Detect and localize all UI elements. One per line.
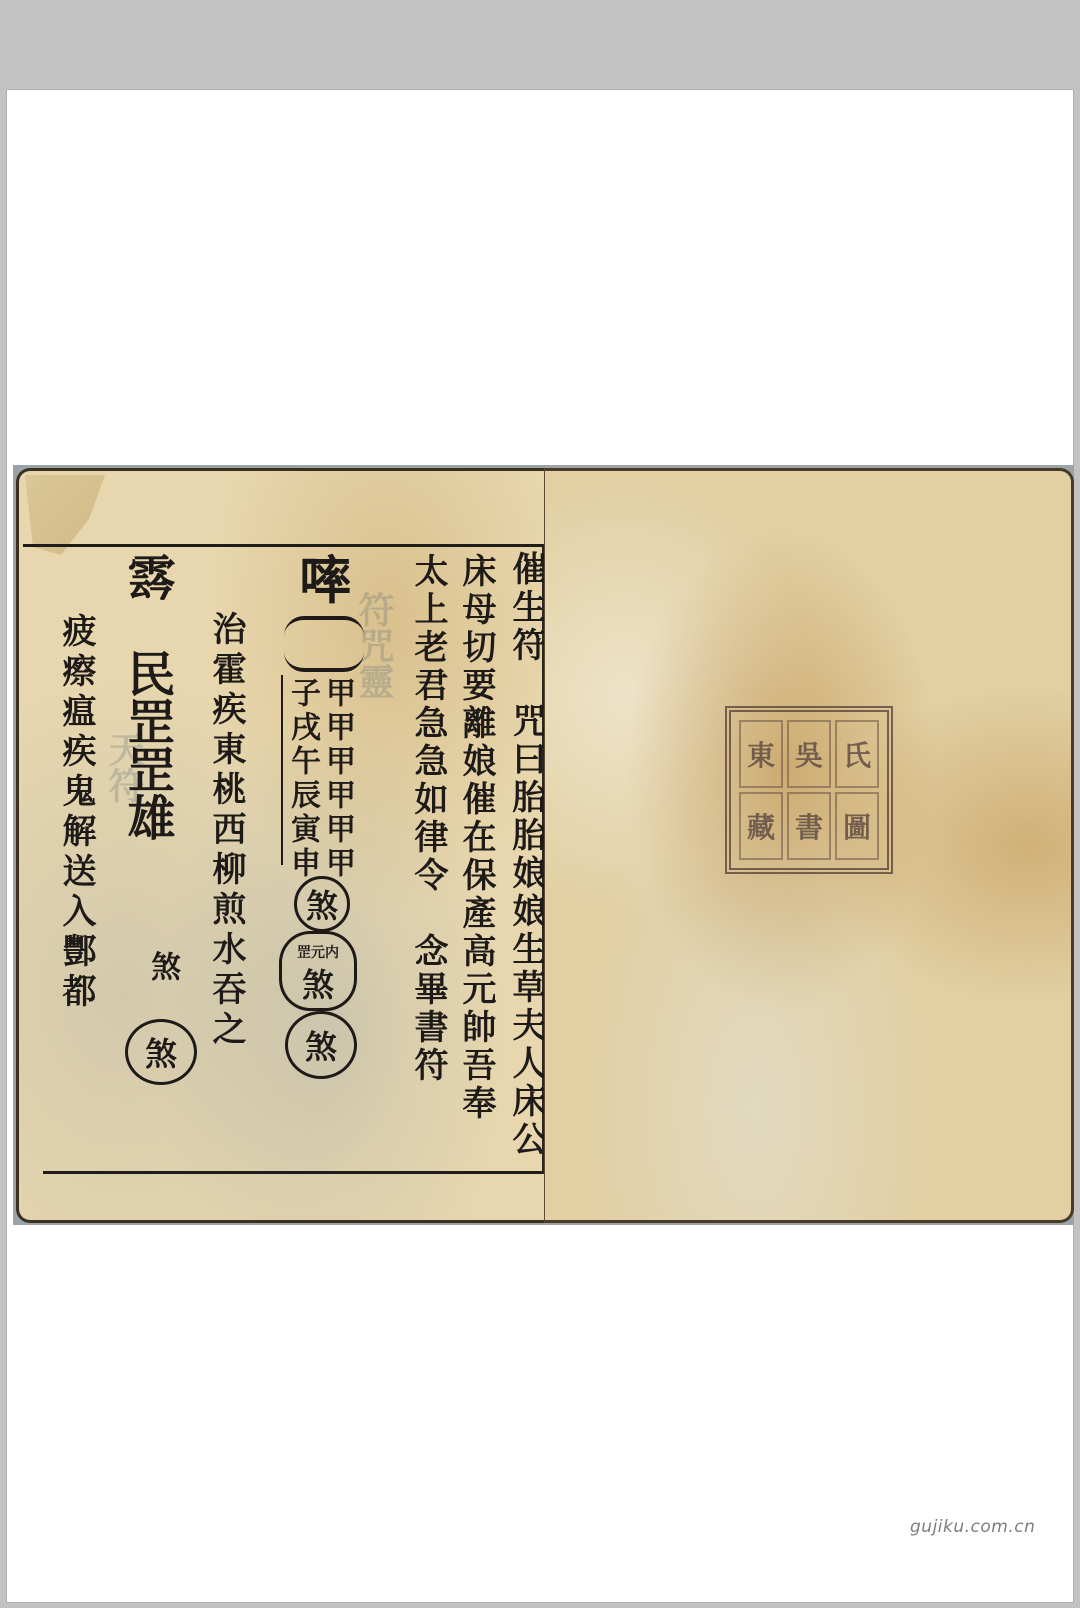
folded-corner [25, 475, 105, 555]
open-book: 符咒靈 天符 催生符 咒曰胎胎娘娘生草夫人床公 床母切要離娘催在保產高元帥吾奉 … [16, 468, 1074, 1223]
site-watermark: gujiku.com.cn [910, 1517, 1035, 1537]
seal-character: 吳 [787, 720, 831, 788]
talisman-2-seal-circle: 煞 [125, 1019, 197, 1085]
talisman-head-glyph: 𠻜 [297, 555, 349, 611]
seal-character: 東 [739, 720, 783, 788]
seal-character: 氏 [835, 720, 879, 788]
seal-character: 圖 [835, 792, 879, 860]
talisman-stems-column: 甲甲甲甲甲甲 [322, 677, 352, 881]
seal-glyph: 煞 [306, 881, 338, 927]
talisman-cloud-strokes [284, 616, 364, 672]
seal-character: 藏 [739, 792, 783, 860]
talisman-seal-circle-2: 罡元内 煞 [279, 931, 357, 1011]
seal-character: 書 [787, 792, 831, 860]
text-column-2: 床母切要離娘催在保產高元帥吾奉 [459, 553, 493, 1123]
talisman-seal-circle-3: 煞 [285, 1011, 357, 1079]
seal-subtext: 罡元内 [297, 942, 339, 962]
right-page: 東 吳 氏 藏 書 圖 [544, 468, 1074, 1223]
text-column-7: 疲瘵瘟疾鬼解送入酆都 [59, 613, 93, 1013]
talisman-bracket [281, 675, 283, 865]
collector-seal-stamp: 東 吳 氏 藏 書 圖 [725, 706, 893, 874]
text-column-5: 治霍疾東桃西柳煎水吞之 [209, 611, 243, 1051]
left-page: 符咒靈 天符 催生符 咒曰胎胎娘娘生草夫人床公 床母切要離娘催在保產高元帥吾奉 … [16, 468, 544, 1223]
talisman-2-sha-glyph: 煞 [147, 951, 177, 985]
seal-glyph: 煞 [305, 1022, 337, 1068]
top-border-rule [23, 544, 544, 547]
talisman-seal-circle-1: 煞 [294, 876, 350, 932]
talisman-branches-column: 子戌午辰寅申 [287, 677, 317, 881]
text-column-1: 催生符 咒曰胎胎娘娘生草夫人床公 [509, 551, 543, 1159]
talisman-2-glyphs: 𩃬𩄇民罡罡雄 [123, 553, 171, 841]
seal-glyph: 煞 [302, 960, 334, 1006]
seal-glyph: 煞 [145, 1029, 177, 1075]
bottom-border-rule [43, 1171, 544, 1174]
text-column-3: 太上老君急急如律令 念畢書符 [411, 553, 445, 1085]
